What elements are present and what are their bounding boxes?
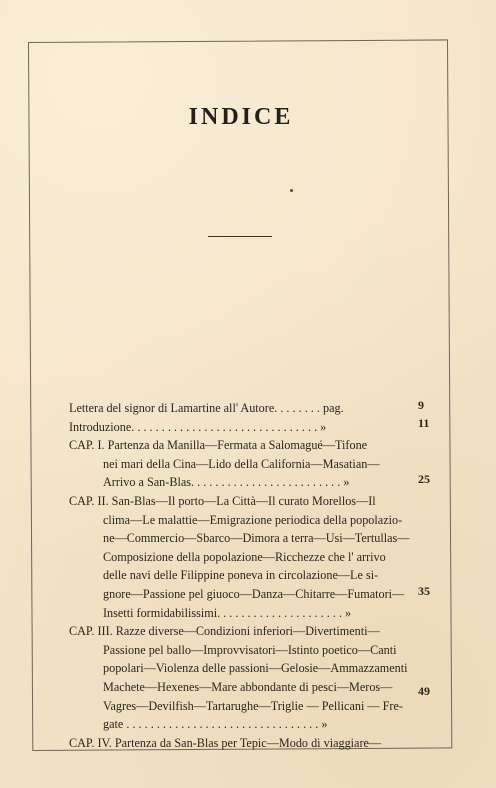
toc-line: Composizione della popolazione—Ricchezze… [69, 548, 429, 567]
page-number: 49 [418, 684, 430, 699]
page-number: 35 [418, 584, 430, 599]
page-number: 25 [418, 472, 430, 487]
toc-line: Passione pel ballo—Improvvisatori—Istint… [69, 641, 429, 660]
toc-line: Vagres—Devilfish—Tartarughe—Triglie — Pe… [69, 697, 429, 716]
toc-line: CAP. II. San-Blas—Il porto—La Città—Il c… [69, 492, 429, 511]
page-number: 9 [418, 398, 424, 413]
toc-line: ne—Commercio—Sbarco—Dimora a terra—Usi—T… [69, 529, 429, 548]
toc-entry-cap-2: CAP. II. San-Blas—Il porto—La Città—Il c… [69, 492, 429, 622]
toc-line: Introduzione. . . . . . . . . . . . . . … [69, 418, 429, 437]
toc-line: Arrivo a San-Blas. . . . . . . . . . . .… [69, 473, 429, 492]
toc-line: CAP. I. Partenza da Manilla—Fermata a Sa… [69, 436, 429, 455]
ornament-dot [290, 189, 293, 192]
title-rule [208, 236, 272, 237]
toc-line: Machete—Hexenes—Mare abbondante di pesci… [69, 678, 429, 697]
toc-line: clima—Le malattie—Emigrazione periodica … [69, 511, 429, 530]
toc-entry-lettera: Lettera del signor di Lamartine all' Aut… [69, 399, 429, 418]
toc-entry-cap-3: CAP. III. Razze diverse—Condizioni infer… [69, 622, 429, 734]
toc-entry-cap-4: CAP. IV. Partenza da San-Blas per Tepic—… [69, 734, 429, 753]
toc-line: Insetti formidabilissimi. . . . . . . . … [69, 604, 429, 623]
toc-line: gate . . . . . . . . . . . . . . . . . .… [69, 715, 429, 734]
page-title: INDICE [0, 104, 482, 131]
table-of-contents: Lettera del signor di Lamartine all' Aut… [69, 399, 429, 752]
toc-line: CAP. IV. Partenza da San-Blas per Tepic—… [69, 734, 429, 753]
toc-line: Lettera del signor di Lamartine all' Aut… [69, 399, 429, 418]
toc-entry-introduzione: Introduzione. . . . . . . . . . . . . . … [69, 418, 429, 437]
page-number: 11 [418, 416, 429, 431]
toc-line: delle navi delle Filippine poneva in cir… [69, 566, 429, 585]
toc-line: CAP. III. Razze diverse—Condizioni infer… [69, 622, 429, 641]
toc-line: nei mari della Cina—Lido della Californi… [69, 455, 429, 474]
toc-entry-cap-1: CAP. I. Partenza da Manilla—Fermata a Sa… [69, 436, 429, 492]
toc-line: gnore—Passione pel giuoco—Danza—Chitarre… [69, 585, 429, 604]
toc-line: popolari—Violenza delle passioni—Gelosie… [69, 659, 429, 678]
